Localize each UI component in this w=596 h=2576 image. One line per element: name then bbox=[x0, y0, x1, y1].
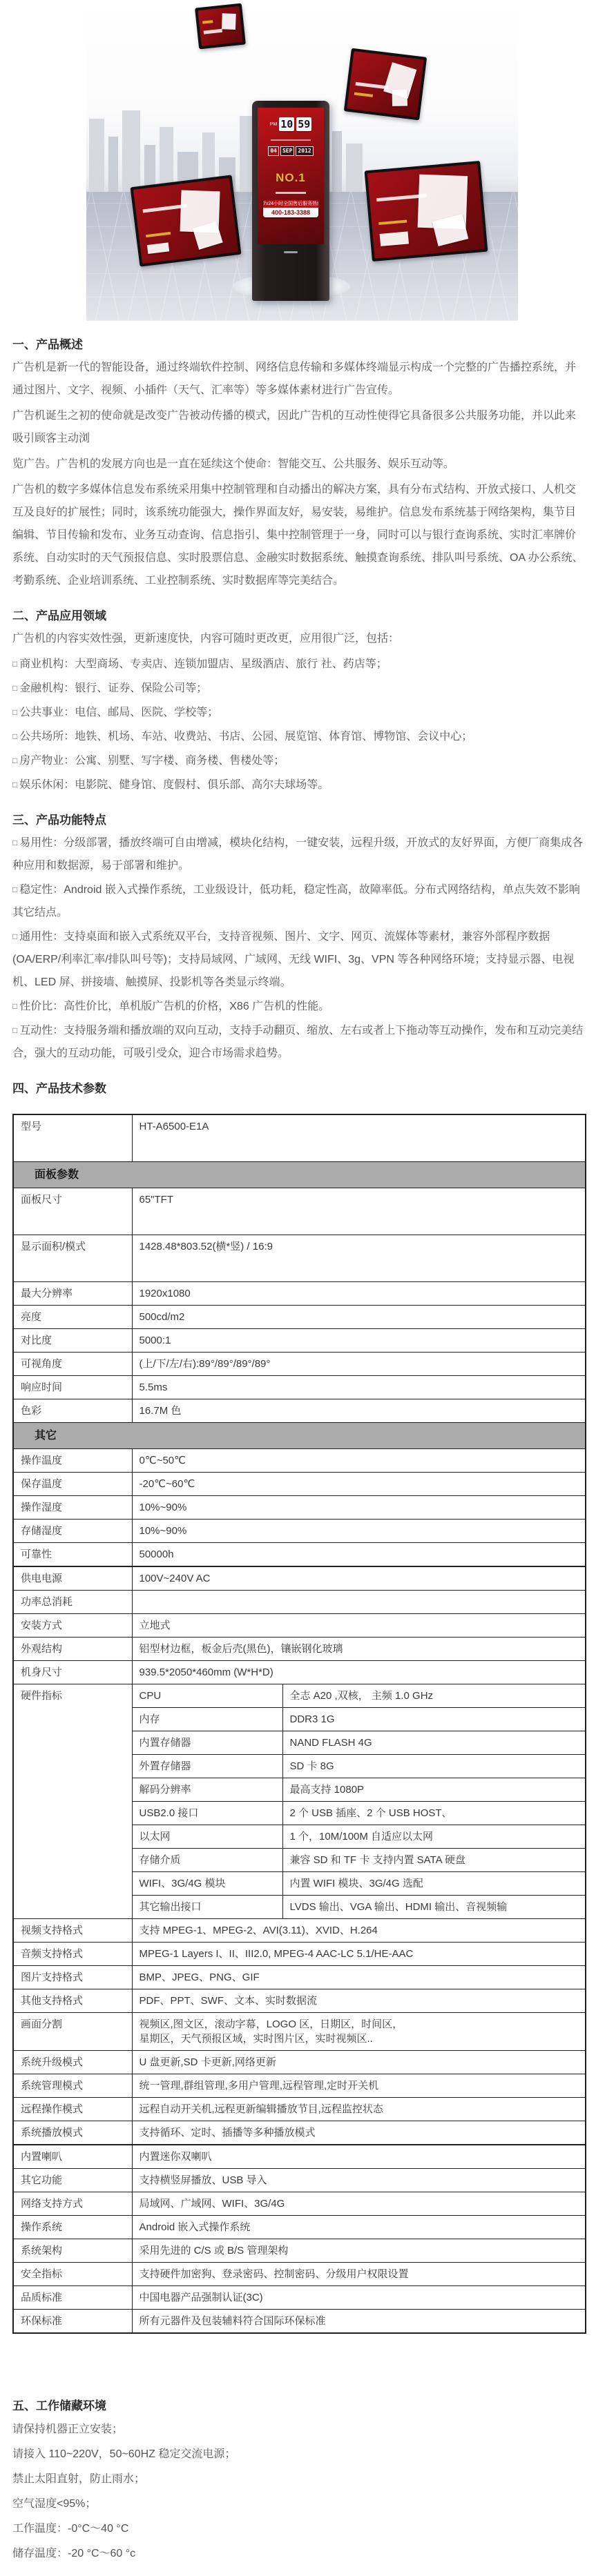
spec-row: 存储湿度10%~90% bbox=[13, 1520, 586, 1543]
spec-value: 支持 MPEG-1、MPEG-2、AVI(3.11)、XVID、H.264 bbox=[132, 1919, 586, 1943]
spec-row: 型号HT-A6500-E1A bbox=[13, 1114, 586, 1162]
wall-screen-content bbox=[347, 51, 423, 117]
spec-row: 内置喇叭内置迷你双喇叭 bbox=[13, 2145, 586, 2169]
spec-row: 最大分辨率1920x1080 bbox=[13, 1282, 586, 1306]
list-item: □通用性：支持桌面和嵌入式系统双平台，支持音视频、图片、文字、网页、流媒体等素材… bbox=[12, 925, 586, 994]
spec-label: 系统管理模式 bbox=[13, 2074, 132, 2098]
list-item: □易用性：分级部署，播放终端可自由增减，模块化结构，一键安装，远程升级，开放式的… bbox=[12, 832, 586, 877]
spec-value: SD 卡 8G bbox=[282, 1755, 586, 1778]
section-title-specs: 四、产品技术参数 bbox=[12, 1079, 586, 1096]
wall-screen-content bbox=[133, 178, 238, 264]
section-title-overview: 一、产品概述 bbox=[12, 335, 586, 352]
list-item-text: 通用性：支持桌面和嵌入式系统双平台，支持音视频、图片、文字、网页、流媒体等素材，… bbox=[12, 931, 574, 988]
square-bullet-icon: □ bbox=[12, 932, 17, 941]
spec-label: 对比度 bbox=[13, 1329, 132, 1353]
spec-sublabel: 外置存储器 bbox=[132, 1755, 282, 1778]
list-item: □稳定性：Android 嵌入式操作系统，工业级设计，低功耗，稳定性高，故障率低… bbox=[12, 878, 586, 924]
list-item: □公共场所：地铁、机场、车站、收费站、书店、公园、展览馆、体育馆、博物馆、会议中… bbox=[12, 725, 586, 748]
spec-sublabel: WIFI、3G/4G 模块 bbox=[132, 1872, 282, 1896]
spec-label: 色彩 bbox=[13, 1399, 132, 1423]
list-item-text: 易用性：分级部署，播放终端可自由增减，模块化结构，一键安装，远程升级，开放式的友… bbox=[12, 837, 583, 872]
spec-label: 远程操作模式 bbox=[13, 2098, 132, 2121]
hotline-label: 7x24小时全国售后服务热线 bbox=[263, 200, 318, 208]
spec-label: 画面分割 bbox=[13, 2013, 132, 2051]
spec-value: 内置 WIFI 模块、3G/4G 选配 bbox=[282, 1872, 586, 1896]
clock-hour: 10 bbox=[279, 117, 294, 131]
square-bullet-icon: □ bbox=[12, 885, 17, 894]
spec-label: 操作湿度 bbox=[13, 1496, 132, 1520]
spec-value: PDF、PPT、SWF、文本、实时数据流 bbox=[132, 1989, 586, 2013]
spec-label: 其他支持格式 bbox=[13, 1989, 132, 2013]
spec-section-label: 面板参数 bbox=[13, 1162, 586, 1188]
list-item-text: 性价比：高性价比，单机版广告机的价格，X86 广告机的性能。 bbox=[19, 1001, 329, 1012]
hotline-box: 7x24小时全国售后服务热线 400-183-3388 bbox=[263, 200, 318, 217]
spec-value: HT-A6500-E1A bbox=[132, 1114, 586, 1162]
screen-divider bbox=[271, 139, 311, 141]
spec-label: 显示面积/模式 bbox=[13, 1235, 132, 1282]
kiosk: PM 10 59 04 SEP 2012 NO.1 7x24小时全国售后服务热线… bbox=[252, 101, 329, 301]
environment-line: 储存温度：-20 °C～60 °c bbox=[12, 2541, 586, 2566]
spec-value: 采用先进的 C/S 或 B/S 管理架构 bbox=[132, 2239, 586, 2263]
spec-row: 环保标准所有元器件及包装辅料符合国际环保标准 bbox=[13, 2310, 586, 2334]
page-content: 一、产品概述 广告机是新一代的智能设备，通过终端软件控制、网络信息传输和多媒体终… bbox=[0, 335, 596, 2576]
list-item-text: 房产物业：公寓、别墅、写字楼、商务楼、售楼处等； bbox=[19, 755, 285, 767]
spec-sublabel: 内置存储器 bbox=[132, 1731, 282, 1755]
spec-value: U 盘更新,SD 卡更新,网络更新 bbox=[132, 2051, 586, 2074]
kiosk-screen: PM 10 59 04 SEP 2012 NO.1 7x24小时全国售后服务热线… bbox=[258, 108, 324, 244]
spec-value: 2 个 USB 插座、2 个 USB HOST、 bbox=[282, 1802, 586, 1825]
spec-label: 存储湿度 bbox=[13, 1520, 132, 1543]
list-item-text: 商业机构：大型商场、专卖店、连锁加盟店、星级酒店、旅行 社、药店等； bbox=[19, 658, 387, 670]
spec-sublabel: 其它输出接口 bbox=[132, 1896, 282, 1919]
spec-row: 外观结构铝型材边框，板金后壳(黑色)，镶嵌钢化玻璃 bbox=[13, 1638, 586, 1661]
spec-value: 939.5*2050*460mm (W*H*D) bbox=[132, 1661, 586, 1684]
spec-row: 其他支持格式PDF、PPT、SWF、文本、实时数据流 bbox=[13, 1989, 586, 2013]
square-bullet-icon: □ bbox=[12, 683, 17, 693]
spec-value: 支持横竖屏播放、USB 导入 bbox=[132, 2169, 586, 2192]
spec-row: 功率总消耗 bbox=[13, 1591, 586, 1614]
spec-sublabel: CPU bbox=[132, 1684, 282, 1708]
spec-label: 安全指标 bbox=[13, 2263, 132, 2286]
spec-row: 响应时间5.5ms bbox=[13, 1376, 586, 1399]
environment-line: 请保持机器正立安装； bbox=[12, 2417, 586, 2442]
spec-row: 硬件指标CPU全志 A20 ,双核， 主频 1.0 GHz bbox=[13, 1684, 586, 1708]
spec-label: 系统播放模式 bbox=[13, 2121, 132, 2145]
product-page: PM 10 59 04 SEP 2012 NO.1 7x24小时全国售后服务热线… bbox=[0, 0, 596, 2576]
section-title-application: 二、产品应用领域 bbox=[12, 606, 586, 623]
ampm-label: PM bbox=[270, 122, 278, 127]
square-bullet-icon: □ bbox=[12, 1001, 17, 1011]
spec-value: -20℃~60℃ bbox=[132, 1473, 586, 1496]
spec-sublabel: 以太网 bbox=[132, 1825, 282, 1849]
list-item: □金融机构：银行、证券、保险公司等； bbox=[12, 677, 586, 700]
section-title-environment: 五、工作储藏环境 bbox=[12, 2396, 586, 2413]
square-bullet-icon: □ bbox=[12, 707, 17, 717]
spec-value: NAND FLASH 4G bbox=[282, 1731, 586, 1755]
spec-value: 10%~90% bbox=[132, 1496, 586, 1520]
spec-row: 供电电源100V~240V AC bbox=[13, 1566, 586, 1591]
application-intro: 广告机的内容实效性强，更新速度快，内容可随时更改更，应用很广泛，包括： bbox=[12, 627, 586, 650]
spec-value: 中国电器产品强制认证(3C) bbox=[132, 2286, 586, 2310]
spec-row: 画面分割视频区,图文区，滚动字幕，LOGO 区，日期区，时间区， 星期区，天气预… bbox=[13, 2013, 586, 2051]
spec-table-body: 型号HT-A6500-E1A面板参数面板尺寸65"TFT显示面积/模式1428.… bbox=[13, 1114, 586, 2333]
spec-value: 局域网、广域网、WIFI、3G/4G bbox=[132, 2192, 586, 2216]
list-item-text: 稳定性：Android 嵌入式操作系统，工业级设计，低功耗，稳定性高，故障率低。… bbox=[12, 884, 580, 918]
building bbox=[89, 119, 104, 193]
spec-label: 最大分辨率 bbox=[13, 1282, 132, 1306]
spec-value: BMP、JPEG、PNG、GIF bbox=[132, 1966, 586, 1989]
building bbox=[122, 110, 140, 193]
spec-value: 100V~240V AC bbox=[132, 1566, 586, 1591]
website-text bbox=[276, 192, 306, 194]
spec-label: 面板尺寸 bbox=[13, 1188, 132, 1235]
list-item: □娱乐休闲：电影院、健身馆、度假村、俱乐部、高尔夫球场等。 bbox=[12, 774, 586, 796]
spec-value: 支持硬件加密狗、登录密码、控制密码、分级用户权限设置 bbox=[132, 2263, 586, 2286]
features-list: □易用性：分级部署，播放终端可自由增减，模块化结构，一键安装，远程升级，开放式的… bbox=[12, 832, 586, 1065]
spec-table: 型号HT-A6500-E1A面板参数面板尺寸65"TFT显示面积/模式1428.… bbox=[12, 1114, 586, 2334]
overview-paragraph: 广告机是新一代的智能设备，通过终端软件控制、网络信息传输和多媒体终端显示构成一个… bbox=[12, 356, 586, 402]
square-bullet-icon: □ bbox=[12, 731, 17, 741]
spec-sublabel: 内存 bbox=[132, 1708, 282, 1731]
spec-label: 响应时间 bbox=[13, 1376, 132, 1399]
spec-row: 系统播放模式支持循环、定时、插播等多种播放模式 bbox=[13, 2121, 586, 2145]
spec-row: 面板尺寸65"TFT bbox=[13, 1188, 586, 1235]
spec-label: 网络支持方式 bbox=[13, 2192, 132, 2216]
kiosk-logo bbox=[284, 251, 298, 253]
spec-value: (上/下/左/右):89°/89°/89°/89° bbox=[132, 1353, 586, 1376]
spec-label: 安装方式 bbox=[13, 1614, 132, 1638]
spec-sublabel: 解码分辨率 bbox=[132, 1778, 282, 1802]
spec-label: 可视角度 bbox=[13, 1353, 132, 1376]
spec-label: 供电电源 bbox=[13, 1566, 132, 1591]
spec-section-label: 其它 bbox=[13, 1423, 586, 1449]
spec-row: 系统管理模式统一管理,群组管理,多用户管理,远程管理,定时开关机 bbox=[13, 2074, 586, 2098]
spec-value: 远程自动开关机,远程更新编辑播放节目,远程监控状态 bbox=[132, 2098, 586, 2121]
spec-row: 亮度500cd/m2 bbox=[13, 1306, 586, 1329]
spec-row: 品质标准中国电器产品强制认证(3C) bbox=[13, 2286, 586, 2310]
list-item: □商业机构：大型商场、专卖店、连锁加盟店、星级酒店、旅行 社、药店等； bbox=[12, 653, 586, 676]
spec-value: 10%~90% bbox=[132, 1520, 586, 1543]
spec-value: 1920x1080 bbox=[132, 1282, 586, 1306]
spec-row: 操作湿度10%~90% bbox=[13, 1496, 586, 1520]
spec-value: 所有元器件及包装辅料符合国际环保标准 bbox=[132, 2310, 586, 2334]
spec-label: 可靠性 bbox=[13, 1543, 132, 1567]
spec-label: 外观结构 bbox=[13, 1638, 132, 1661]
spec-value bbox=[132, 1591, 586, 1614]
building bbox=[108, 137, 118, 193]
list-item-text: 公共事业：电信、邮局、医院、学校等； bbox=[19, 707, 218, 718]
square-bullet-icon: □ bbox=[12, 1025, 17, 1035]
environment-line: 请接入 110~220V，50~60HZ 稳定交流电源； bbox=[12, 2442, 586, 2467]
spec-row: 操作温度0℃~50℃ bbox=[13, 1449, 586, 1473]
spec-label: 其它功能 bbox=[13, 2169, 132, 2192]
spec-value: 1428.48*803.52(横*竖) / 16:9 bbox=[132, 1235, 586, 1282]
spec-label: 型号 bbox=[13, 1114, 132, 1162]
spec-label: 视频支持格式 bbox=[13, 1919, 132, 1943]
spec-value: 统一管理,群组管理,多用户管理,远程管理,定时开关机 bbox=[132, 2074, 586, 2098]
spec-value: Android 嵌入式操作系统 bbox=[132, 2216, 586, 2239]
environment-list: 请保持机器正立安装；请接入 110~220V，50~60HZ 稳定交流电源；禁止… bbox=[12, 2417, 586, 2566]
date-year: 2012 bbox=[296, 146, 313, 156]
spec-value: 500cd/m2 bbox=[132, 1306, 586, 1329]
spec-value: 兼容 SD 和 TF 卡 支持内置 SATA 硬盘 bbox=[282, 1849, 586, 1872]
building bbox=[240, 116, 253, 193]
spec-row: 显示面积/模式1428.48*803.52(横*竖) / 16:9 bbox=[13, 1235, 586, 1282]
spec-row: 其它功能支持横竖屏播放、USB 导入 bbox=[13, 2169, 586, 2192]
spacer bbox=[12, 2341, 586, 2382]
spec-row: 系统架构采用先进的 C/S 或 B/S 管理架构 bbox=[13, 2239, 586, 2263]
spec-row: 视频支持格式支持 MPEG-1、MPEG-2、AVI(3.11)、XVID、H.… bbox=[13, 1919, 586, 1943]
spec-label: 功率总消耗 bbox=[13, 1591, 132, 1614]
section-title-features: 三、产品功能特点 bbox=[12, 810, 586, 827]
spec-label: 环保标准 bbox=[13, 2310, 132, 2334]
spec-row: 操作系统Android 嵌入式操作系统 bbox=[13, 2216, 586, 2239]
spec-row: 图片支持格式BMP、JPEG、PNG、GIF bbox=[13, 1966, 586, 1989]
spec-label: 图片支持格式 bbox=[13, 1966, 132, 1989]
spec-label: 系统升级模式 bbox=[13, 2051, 132, 2074]
wall-screen-right bbox=[365, 161, 488, 262]
spec-value: MPEG-1 Layers I、II、III2.0, MPEG-4 AAC-LC… bbox=[132, 1943, 586, 1966]
spec-label: 系统架构 bbox=[13, 2239, 132, 2263]
wall-screen-top-right bbox=[344, 48, 427, 121]
list-item: □性价比：高性价比，单机版广告机的价格，X86 广告机的性能。 bbox=[12, 995, 586, 1018]
application-list: □商业机构：大型商场、专卖店、连锁加盟店、星级酒店、旅行 社、药店等；□金融机构… bbox=[12, 653, 586, 796]
spec-label: 硬件指标 bbox=[13, 1684, 132, 1919]
spec-value: 16.7M 色 bbox=[132, 1399, 586, 1423]
spec-value: 内置迷你双喇叭 bbox=[132, 2145, 586, 2169]
wall-screen-top-left bbox=[195, 3, 246, 50]
clock-minute: 59 bbox=[296, 117, 311, 131]
wall-screen-left bbox=[130, 175, 241, 266]
wall-screen-content bbox=[198, 6, 242, 46]
spec-sublabel: USB2.0 接口 bbox=[132, 1802, 282, 1825]
overview-paragraph: 览广告。广告机的发展方向也是一直在延续这个使命：智能交互、公共服务、娱乐互动等。 bbox=[12, 453, 586, 475]
spec-label: 保存温度 bbox=[13, 1473, 132, 1496]
wall-screen-content bbox=[367, 164, 485, 258]
spec-row: 色彩16.7M 色 bbox=[13, 1399, 586, 1423]
spec-row: 安全指标支持硬件加密狗、登录密码、控制密码、分级用户权限设置 bbox=[13, 2263, 586, 2286]
list-item-text: 公共场所：地铁、机场、车站、收费站、书店、公园、展览馆、体育馆、博物馆、会议中心… bbox=[19, 731, 472, 743]
spec-row: 网络支持方式局域网、广域网、WIFI、3G/4G bbox=[13, 2192, 586, 2216]
spec-row: 音频支持格式MPEG-1 Layers I、II、III2.0, MPEG-4 … bbox=[13, 1943, 586, 1966]
spec-row: 安装方式立地式 bbox=[13, 1614, 586, 1638]
flip-date: 04 SEP 2012 bbox=[268, 146, 313, 156]
spec-label: 操作温度 bbox=[13, 1449, 132, 1473]
list-item: □互动性：支持服务端和播放端的双向互动，支持手动翻页、缩放、左右或者上下拖动等互… bbox=[12, 1019, 586, 1065]
spec-label: 内置喇叭 bbox=[13, 2145, 132, 2169]
spec-value: 立地式 bbox=[132, 1614, 586, 1638]
spec-row: 系统升级模式U 盘更新,SD 卡更新,网络更新 bbox=[13, 2051, 586, 2074]
list-item-text: 金融机构：银行、证券、保险公司等； bbox=[19, 682, 207, 694]
spec-label: 操作系统 bbox=[13, 2216, 132, 2239]
overview-paragraph: 广告机诞生之初的使命就是改变广告被动传播的模式，因此广告机的互动性使得它具备很多… bbox=[12, 404, 586, 450]
spec-value: 铝型材边框，板金后壳(黑色)，镶嵌钢化玻璃 bbox=[132, 1638, 586, 1661]
environment-line: 禁止太阳直射，防止雨水； bbox=[12, 2467, 586, 2492]
flip-clock: PM 10 59 bbox=[270, 117, 312, 131]
square-bullet-icon: □ bbox=[12, 659, 17, 669]
date-day: 04 bbox=[268, 146, 279, 156]
spec-label: 品质标准 bbox=[13, 2286, 132, 2310]
spec-section-row: 面板参数 bbox=[13, 1162, 586, 1188]
building bbox=[346, 144, 363, 193]
date-month: SEP bbox=[280, 146, 294, 156]
spec-value: 5000:1 bbox=[132, 1329, 586, 1353]
hotline-number: 400-183-3388 bbox=[263, 208, 318, 217]
square-bullet-icon: □ bbox=[12, 838, 17, 847]
spec-label: 亮度 bbox=[13, 1306, 132, 1329]
spec-value: 支持循环、定时、插播等多种播放模式 bbox=[132, 2121, 586, 2145]
environment-line: 空气湿度<95%； bbox=[12, 2492, 586, 2517]
square-bullet-icon: □ bbox=[12, 780, 17, 789]
spacer bbox=[12, 2566, 586, 2576]
spec-value: 0℃~50℃ bbox=[132, 1449, 586, 1473]
spec-label: 音频支持格式 bbox=[13, 1943, 132, 1966]
spec-value: 最高支持 1080P bbox=[282, 1778, 586, 1802]
square-bullet-icon: □ bbox=[12, 756, 17, 765]
building bbox=[332, 131, 342, 193]
spec-value: DDR3 1G bbox=[282, 1708, 586, 1731]
spec-value: 5.5ms bbox=[132, 1376, 586, 1399]
environment-line: 工作温度：-0°C～40 °C bbox=[12, 2517, 586, 2541]
spec-value: 1 个，10M/100M 自适应以太网 bbox=[282, 1825, 586, 1849]
spec-value: LVDS 输出、VGA 输出、HDMI 输出、音视频输 bbox=[282, 1896, 586, 1919]
list-item: □房产物业：公寓、别墅、写字楼、商务楼、售楼处等； bbox=[12, 749, 586, 772]
spec-sublabel: 存储介质 bbox=[132, 1849, 282, 1872]
spec-value: 全志 A20 ,双核， 主频 1.0 GHz bbox=[282, 1684, 586, 1708]
rank-text: NO.1 bbox=[276, 171, 306, 185]
spec-label: 机身尺寸 bbox=[13, 1661, 132, 1684]
spec-row: 对比度5000:1 bbox=[13, 1329, 586, 1353]
spec-row: 可靠性50000h bbox=[13, 1543, 586, 1567]
spec-row: 保存温度-20℃~60℃ bbox=[13, 1473, 586, 1496]
list-item-text: 互动性：支持服务端和播放端的双向互动，支持手动翻页、缩放、左右或者上下拖动等互动… bbox=[12, 1025, 583, 1059]
spec-row: 可视角度(上/下/左/右):89°/89°/89°/89° bbox=[13, 1353, 586, 1376]
spec-value: 视频区,图文区，滚动字幕，LOGO 区，日期区，时间区， 星期区，天气预报区域，… bbox=[132, 2013, 586, 2051]
list-item-text: 娱乐休闲：电影院、健身馆、度假村、俱乐部、高尔夫球场等。 bbox=[19, 779, 329, 791]
spec-row: 远程操作模式远程自动开关机,远程更新编辑播放节目,远程监控状态 bbox=[13, 2098, 586, 2121]
spec-value: 65"TFT bbox=[132, 1188, 586, 1235]
overview-paragraph: 广告机的数字多媒体信息发布系统采用集中控制管理和自动播出的解决方案，具有分布式结… bbox=[12, 478, 586, 592]
hero-image: PM 10 59 04 SEP 2012 NO.1 7x24小时全国售后服务热线… bbox=[86, 0, 518, 321]
spec-row: 机身尺寸939.5*2050*460mm (W*H*D) bbox=[13, 1661, 586, 1684]
list-item: □公共事业：电信、邮局、医院、学校等； bbox=[12, 701, 586, 724]
spec-value: 50000h bbox=[132, 1543, 586, 1567]
spec-section-row: 其它 bbox=[13, 1423, 586, 1449]
